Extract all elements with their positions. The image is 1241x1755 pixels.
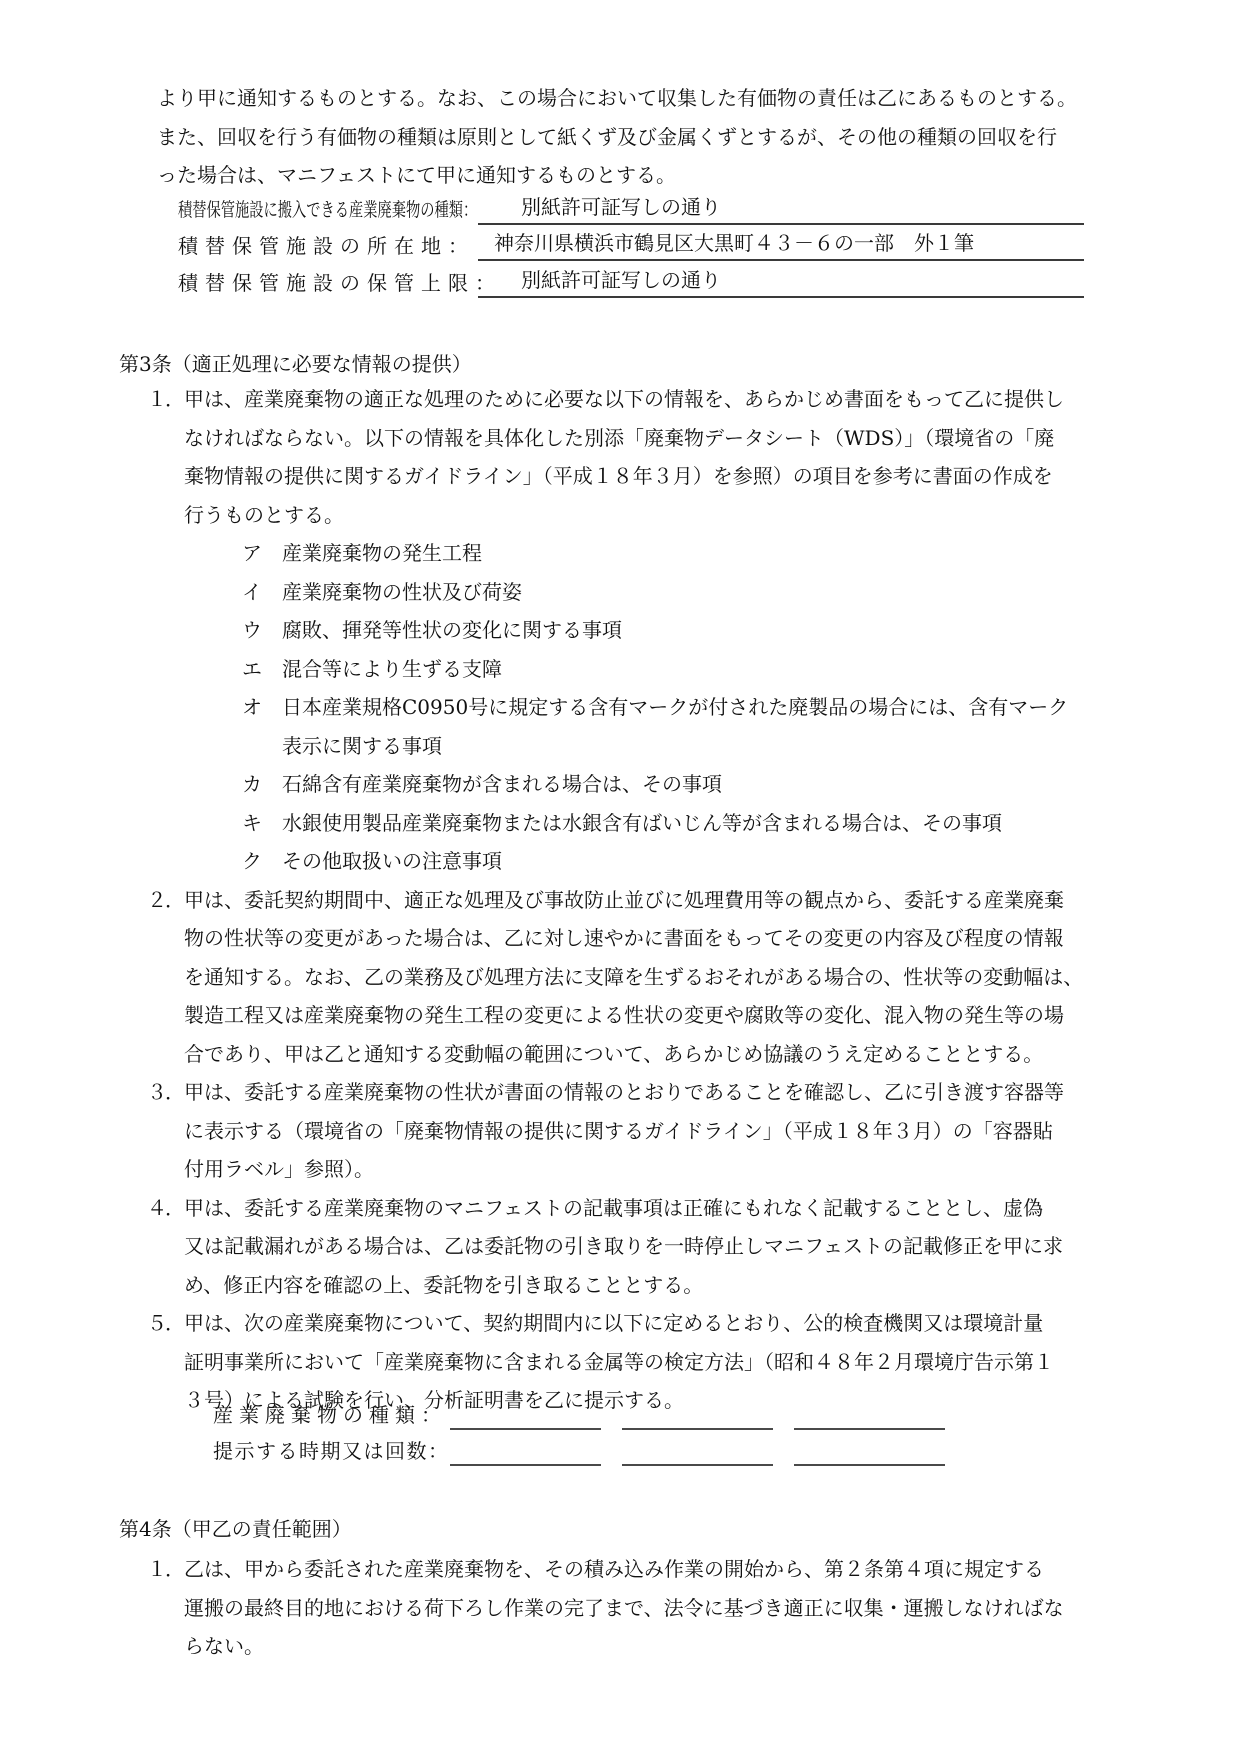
item-line: 甲は、産業廃棄物の適正な処理のために必要な以下の情報を、あらかじめ書面をもって乙…: [184, 380, 1064, 419]
item-line: らない。: [184, 1627, 1064, 1666]
article4-heading: 第4条（甲乙の責任範囲）: [119, 1510, 352, 1549]
item-text: 甲は、委託契約期間中、適正な処理及び事故防止並びに処理費用等の観点から、委託する…: [184, 881, 1083, 1074]
item-number: １．: [147, 1550, 184, 1589]
blank-field-segment: [450, 1428, 601, 1467]
sub-item-line: 水銀使用製品産業廃棄物または水銀含有ばいじん等が含まれる場合は、その事項: [282, 804, 1002, 843]
article3-katakana-sublist: ア 産業廃棄物の発生工程 イ 産業廃棄物の性状及び荷姿 ウ 腐敗、揮発等性状の変…: [242, 534, 1083, 881]
item-text: 甲は、委託する産業廃棄物の性状が書面の情報のとおりであることを確認し、乙に引き渡…: [184, 1073, 1064, 1189]
blank-field-segment: [622, 1428, 773, 1467]
blank-line-group: [450, 1393, 945, 1430]
item-text: 乙は、甲から委託された産業廃棄物を、その積み込み作業の開始から、第２条第４項に規…: [184, 1550, 1064, 1666]
field-label-text: 積替保管施設に搬入できる産業廃棄物の種類：: [178, 195, 477, 225]
item-line: 甲は、委託する産業廃棄物のマニフェストの記載事項は正確にもれなく記載することとし…: [184, 1189, 1063, 1228]
blank-field-segment: [794, 1428, 945, 1467]
field-value-underlined: 別紙許可証写しの通り: [478, 264, 1084, 298]
item-line: 物の性状等の変更があった場合は、乙に対し速やかに書面をもってその変更の内容及び程…: [184, 919, 1083, 958]
sub-item-line: 産業廃棄物の性状及び荷姿: [282, 573, 522, 612]
sub-item-line: 腐敗、揮発等性状の変化に関する事項: [282, 611, 622, 650]
blank-field-segment: [622, 1391, 773, 1430]
sub-item-text: 日本産業規格C0950号に規定する含有マークが付された廃製品の場合には、含有マー…: [282, 688, 1068, 765]
item-line: 行うものとする。: [184, 496, 1064, 535]
field-label: 積替保管施設の所在地：: [178, 231, 478, 261]
sub-item-line: 石綿含有産業廃棄物が含まれる場合は、その事項: [282, 765, 722, 804]
item-line: に表示する（環境省の「廃棄物情報の提供に関するガイドライン」（平成１８年３月）の…: [184, 1112, 1064, 1151]
sub-item-marker: ウ: [242, 611, 282, 650]
item-number: ４．: [147, 1189, 184, 1228]
sub-item-ka: カ 石綿含有産業廃棄物が含まれる場合は、その事項: [242, 765, 1083, 804]
article3-item-4: ４． 甲は、委託する産業廃棄物のマニフェストの記載事項は正確にもれなく記載するこ…: [147, 1189, 1083, 1305]
test-field-row-frequency: 提示する時期又は回数：: [213, 1430, 945, 1467]
field-row-location: 積替保管施設の所在地： 神奈川県横浜市鶴見区大黒町４３－６の一部 外１筆: [178, 225, 1084, 262]
blank-field-segment: [794, 1391, 945, 1430]
sub-item-ku: ク その他取扱いの注意事項: [242, 842, 1083, 881]
field-label: 積替保管施設の保管上限：: [178, 268, 478, 298]
test-field-label: 産業廃棄物の種類：: [213, 1400, 450, 1430]
item-number: ５．: [147, 1304, 184, 1343]
sub-item-line: 産業廃棄物の発生工程: [282, 534, 482, 573]
item-text: 甲は、産業廃棄物の適正な処理のために必要な以下の情報を、あらかじめ書面をもって乙…: [184, 380, 1064, 534]
test-field-label: 提示する時期又は回数：: [213, 1436, 450, 1466]
analysis-test-fields: 産業廃棄物の種類： 提示する時期又は回数：: [213, 1393, 945, 1466]
field-value-underlined: 別紙許可証写しの通り: [478, 191, 1084, 225]
field-value-underlined: 神奈川県横浜市鶴見区大黒町４３－６の一部 外１筆: [478, 227, 1084, 261]
item-number: ２．: [147, 881, 184, 920]
contract-document-page: より甲に通知するものとする。なお、この場合において収集した有価物の責任は乙にある…: [0, 0, 1241, 1755]
item-line: 合であり、甲は乙と通知する変動幅の範囲について、あらかじめ協議のうえ定めることと…: [184, 1035, 1083, 1074]
sub-item-e: エ 混合等により生ずる支障: [242, 650, 1083, 689]
blank-line-group: [450, 1430, 945, 1467]
item-line: を通知する。なお、乙の業務及び処理方法に支障を生ずるおそれがある場合の、性状等の…: [184, 958, 1083, 997]
item-line: 乙は、甲から委託された産業廃棄物を、その積み込み作業の開始から、第２条第４項に規…: [184, 1550, 1064, 1589]
sub-item-marker: イ: [242, 573, 282, 612]
sub-item-marker: ア: [242, 534, 282, 573]
sub-item-line: 表示に関する事項: [282, 727, 1068, 766]
sub-item-u: ウ 腐敗、揮発等性状の変化に関する事項: [242, 611, 1083, 650]
article3-item-1: １． 甲は、産業廃棄物の適正な処理のために必要な以下の情報を、あらかじめ書面をも…: [147, 380, 1083, 534]
item-line: なければならない。以下の情報を具体化した別添「廃棄物データシート（WDS）」（環…: [184, 419, 1064, 458]
sub-item-ki: キ 水銀使用製品産業廃棄物または水銀含有ばいじん等が含まれる場合は、その事項: [242, 804, 1083, 843]
sub-item-marker: ク: [242, 842, 282, 881]
sub-item-marker: エ: [242, 650, 282, 689]
item-line: 棄物情報の提供に関するガイドライン」（平成１８年３月）を参照）の項目を参考に書面…: [184, 457, 1064, 496]
item-number: １．: [147, 380, 184, 419]
article3-item-3: ３． 甲は、委託する産業廃棄物の性状が書面の情報のとおりであることを確認し、乙に…: [147, 1073, 1083, 1189]
sub-item-i: イ 産業廃棄物の性状及び荷姿: [242, 573, 1083, 612]
item-line: 又は記載漏れがある場合は、乙は委託物の引き取りを一時停止しマニフェストの記載修正…: [184, 1227, 1063, 1266]
intro-paragraph: より甲に通知するものとする。なお、この場合において収集した有価物の責任は乙にある…: [157, 79, 1077, 195]
article4-item-1: １． 乙は、甲から委託された産業廃棄物を、その積み込み作業の開始から、第２条第４…: [147, 1550, 1064, 1666]
intro-line: また、回収を行う有価物の種類は原則として紙くず及び金属くずとするが、その他の種類…: [157, 118, 1077, 157]
field-label: 積替保管施設に搬入できる産業廃棄物の種類：: [178, 194, 478, 225]
item-line: 甲は、委託契約期間中、適正な処理及び事故防止並びに処理費用等の観点から、委託する…: [184, 881, 1083, 920]
sub-item-line: 日本産業規格C0950号に規定する含有マークが付された廃製品の場合には、含有マー…: [282, 688, 1068, 727]
intro-line: より甲に通知するものとする。なお、この場合において収集した有価物の責任は乙にある…: [157, 79, 1077, 118]
blank-field-segment: [450, 1391, 601, 1430]
item-line: 運搬の最終目的地における荷下ろし作業の完了まで、法令に基づき適正に収集・運搬しな…: [184, 1589, 1064, 1628]
item-line: 付用ラベル」参照）。: [184, 1150, 1064, 1189]
test-field-row-waste-type: 産業廃棄物の種類：: [213, 1393, 945, 1430]
article3-heading: 第3条（適正処理に必要な情報の提供）: [119, 345, 472, 384]
sub-item-marker: カ: [242, 765, 282, 804]
article3-items: １． 甲は、産業廃棄物の適正な処理のために必要な以下の情報を、あらかじめ書面をも…: [147, 380, 1083, 1420]
item-line: め、修正内容を確認の上、委託物を引き取ることとする。: [184, 1266, 1063, 1305]
item-line: 証明事業所において「産業廃棄物に含まれる金属等の検定方法」（昭和４８年２月環境庁…: [184, 1343, 1054, 1382]
sub-item-line: その他取扱いの注意事項: [282, 842, 502, 881]
item-number: ３．: [147, 1073, 184, 1112]
transfer-facility-fields: 積替保管施設に搬入できる産業廃棄物の種類： 別紙許可証写しの通り 積替保管施設の…: [178, 188, 1084, 298]
sub-item-marker: オ: [242, 688, 282, 727]
item-text: 甲は、委託する産業廃棄物のマニフェストの記載事項は正確にもれなく記載することとし…: [184, 1189, 1063, 1305]
item-line: 甲は、委託する産業廃棄物の性状が書面の情報のとおりであることを確認し、乙に引き渡…: [184, 1073, 1064, 1112]
sub-item-o: オ 日本産業規格C0950号に規定する含有マークが付された廃製品の場合には、含有…: [242, 688, 1083, 765]
sub-item-a: ア 産業廃棄物の発生工程: [242, 534, 1083, 573]
sub-item-marker: キ: [242, 804, 282, 843]
item-line: 製造工程又は産業廃棄物の発生工程の変更による性状の変更や腐敗等の変化、混入物の発…: [184, 996, 1083, 1035]
item-line: 甲は、次の産業廃棄物について、契約期間内に以下に定めるとおり、公的検査機関又は環…: [184, 1304, 1054, 1343]
article4-items: １． 乙は、甲から委託された産業廃棄物を、その積み込み作業の開始から、第２条第４…: [147, 1550, 1064, 1666]
field-row-storage-limit: 積替保管施設の保管上限： 別紙許可証写しの通り: [178, 261, 1084, 298]
field-row-waste-types: 積替保管施設に搬入できる産業廃棄物の種類： 別紙許可証写しの通り: [178, 188, 1084, 225]
article3-item-2: ２． 甲は、委託契約期間中、適正な処理及び事故防止並びに処理費用等の観点から、委…: [147, 881, 1083, 1074]
sub-item-line: 混合等により生ずる支障: [282, 650, 502, 689]
